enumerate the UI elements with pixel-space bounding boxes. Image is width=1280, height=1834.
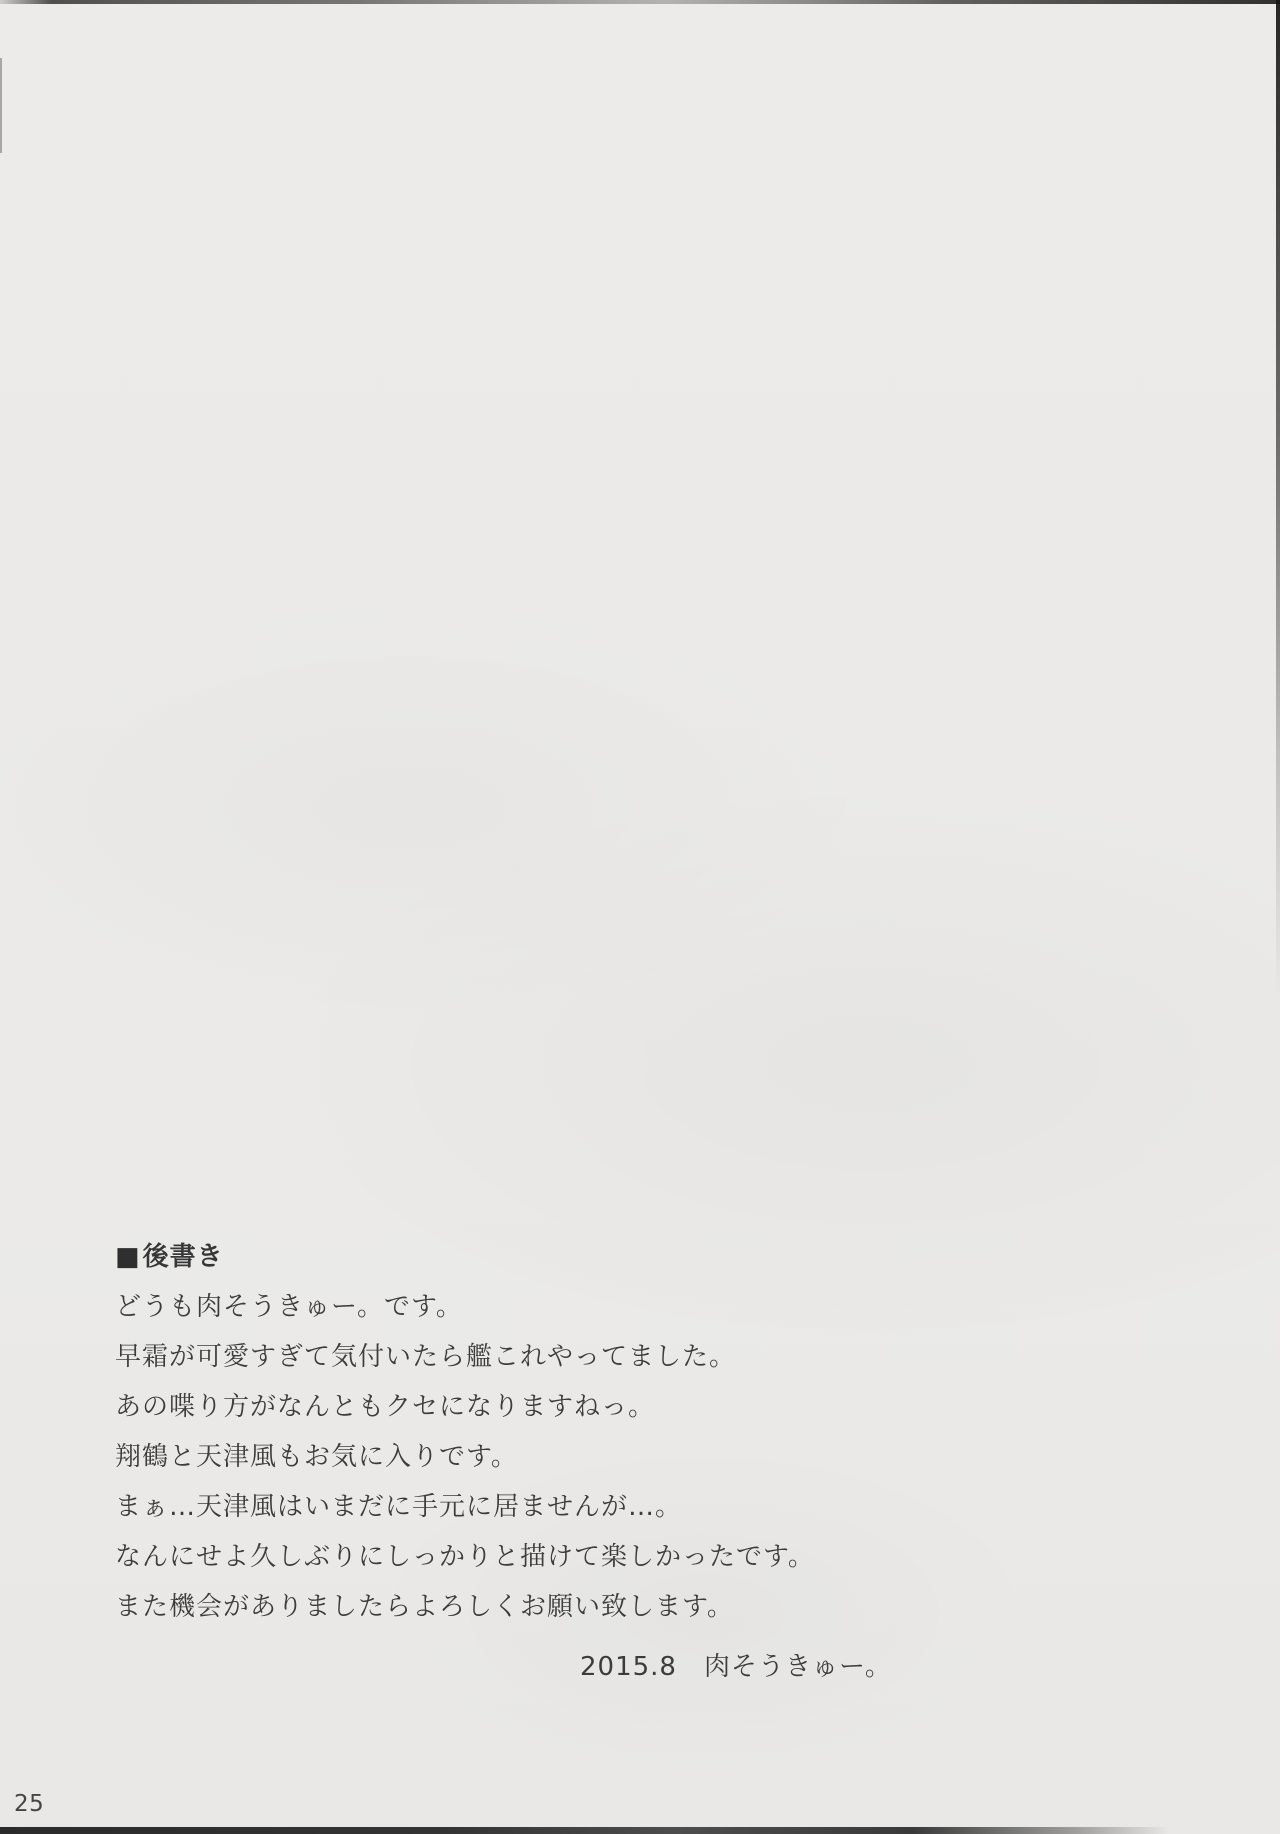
afterword-heading: ■後書き [115,1232,1015,1282]
afterword-line-1: どうも肉そうきゅー。です。 [115,1282,1015,1332]
afterword-signature: 2015.8 肉そうきゅー。 [115,1642,1015,1692]
afterword-line-7: また機会がありましたらよろしくお願い致します。 [115,1582,1015,1632]
page-number: 25 [14,1790,44,1818]
scan-edge-left-mark [0,58,2,153]
afterword-line-4: 翔鶴と天津風もお気に入りです。 [115,1432,1015,1482]
afterword-line-6: なんにせよ久しぶりにしっかりと描けて楽しかったです。 [115,1532,1015,1582]
afterword-line-5: まぁ…天津風はいまだに手元に居ませんが…。 [115,1482,1015,1532]
scanned-afterword-page: ■後書き どうも肉そうきゅー。です。 早霜が可愛すぎて気付いたら艦これやってまし… [0,0,1280,1834]
afterword-line-3: あの喋り方がなんともクセになりますねっ。 [115,1382,1015,1432]
afterword-heading-text: 後書き [143,1242,224,1272]
scan-edge-bottom [0,1827,1170,1834]
afterword-line-2: 早霜が可愛すぎて気付いたら艦これやってました。 [115,1332,1015,1382]
square-bullet-icon: ■ [115,1232,141,1282]
scan-edge-right [1276,0,1280,1000]
scan-edge-top [0,0,1280,4]
afterword-section: ■後書き どうも肉そうきゅー。です。 早霜が可愛すぎて気付いたら艦これやってまし… [115,1232,1015,1692]
